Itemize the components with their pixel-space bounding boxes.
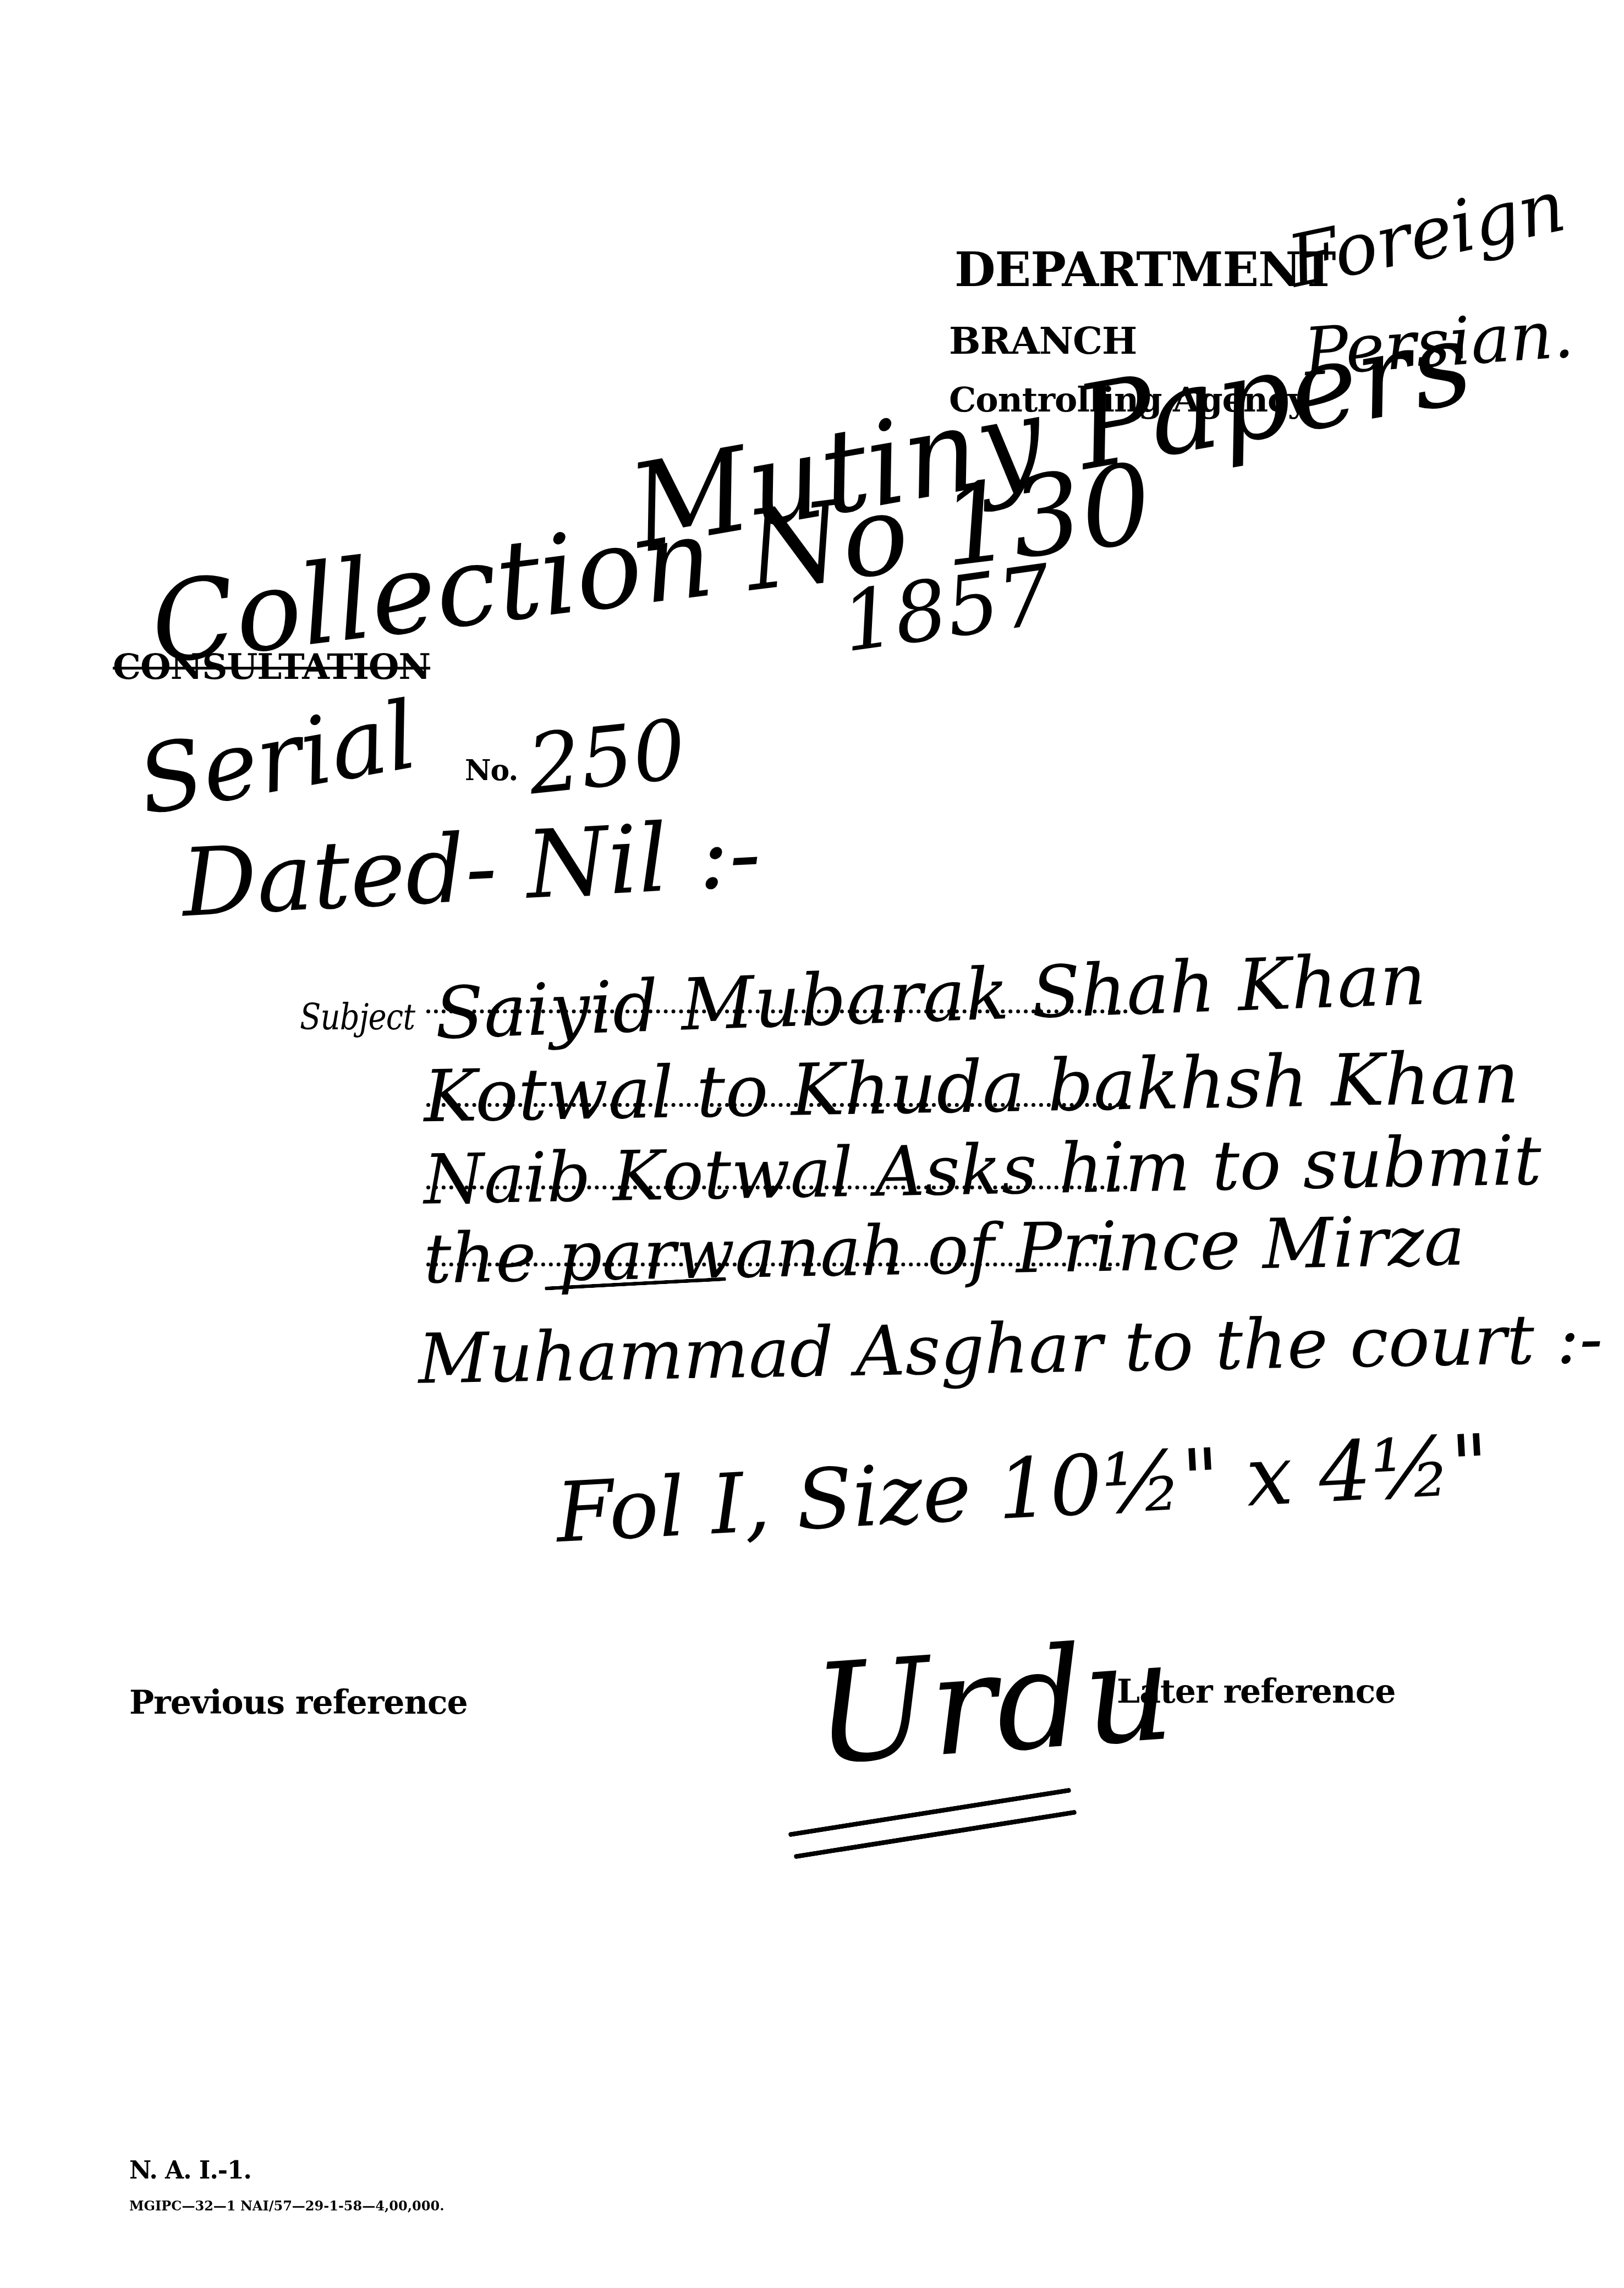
language-underline-1 <box>788 1787 1071 1837</box>
language-underline-2 <box>793 1809 1077 1859</box>
later-reference-label: Later reference <box>1117 1672 1395 1711</box>
serial-number: 250 <box>524 702 690 814</box>
previous-reference-label: Previous reference <box>129 1683 468 1722</box>
folio-size: Fol I, Size 10½" x 4½" <box>554 1417 1491 1562</box>
print-line: MGIPC—32—1 NAI/57—29-1-58—4,00,000. <box>129 2198 445 2214</box>
department-label: DEPARTMENT <box>954 242 1336 298</box>
subject-label: Subject <box>300 996 415 1038</box>
subject-line-1: Saiyid Mubarak Shah Khan <box>434 937 1428 1056</box>
serial-label: Serial <box>130 681 425 836</box>
form-code: N. A. I.-1. <box>129 2157 251 2185</box>
department-value: Foreign <box>1281 164 1572 304</box>
subject-line-2: Kotwal to Khuda bakhsh Khan <box>423 1036 1520 1139</box>
dated-value: Dated- Nil :- <box>179 799 764 939</box>
no-label: No. <box>465 754 518 787</box>
subject-line-5: Muhammad Asghar to the court :- <box>418 1299 1604 1400</box>
